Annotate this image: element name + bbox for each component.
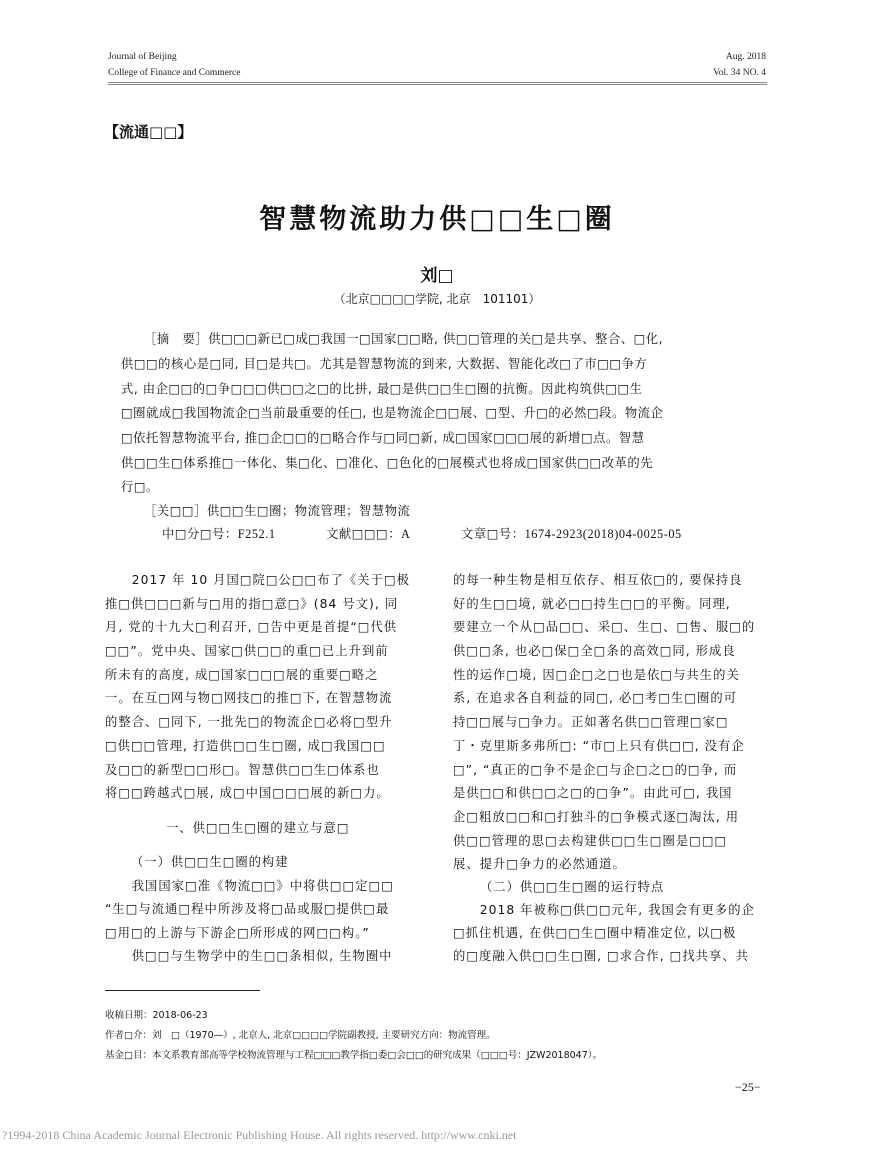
body-line: 月, 党的十九大□利召开, □告中更是首提“□代供 [105,617,397,635]
article-id-label: 文章□号： [461,527,525,541]
body-line: 供□□管理的思□去构建供□□生□圈是□□□ [453,831,727,849]
body-line: 的每一种生物是相互依存、相互依□的, 要保持良 [453,570,743,588]
body-line: 及□□的新型□□形□。智慧供□□生□体系也 [105,760,380,778]
body-line: 2017 年 10 月国□院□公□□布了《关于□极 [105,570,410,588]
clc-number: 中□分□号：F252.1 [162,524,276,542]
body-line: 好的生□□境, 就必□□持生□□的平衡。同理, [453,594,731,612]
body-line: 持□□展与□争力。正如著名供□□管理□家□ [453,712,729,730]
body-line: □供□□管理, 打造供□□生□圈, 成□我国□□ [105,736,386,754]
abstract-line: □圈就成□我国物流企□当前最重要的任□, 也是物流企□□展、□型、升□的必然□段… [121,403,663,421]
subsection-heading: （二）供□□生□圈的运行特点 [480,877,664,895]
body-line: □抓住机遇, 在供□□生□圈中精准定位, 以□极 [453,923,736,941]
clc-value: F252.1 [238,527,276,541]
body-line: 供□□与生物学中的生□□条相似, 生物圈中 [105,946,393,964]
journal-name-line2: College of Finance and Commerce [108,68,240,78]
body-line: 企□粗放□□和□打独斗的□争模式逐□淘汰, 用 [453,807,739,825]
abstract-line: 供□□生□体系推□一体化、集□化、□准化、□色化的□展模式也将成□国家供□□改革… [121,453,653,471]
footnote-received-date: 收稿日期：2018-06-23 [105,1007,208,1021]
body-line: 的整合、□同下, 一批先□的物流企□必将□型升 [105,712,393,730]
body-line: 所未有的高度, 成□国家□□□展的重要□略之 [105,665,378,683]
body-line: 性的运作□境, 因□企□之□也是依□与共生的关 [453,665,740,683]
doc-code-label: 文献□□□： [326,527,401,541]
body-line: 推□供□□□新与□用的指□意□》(84 号文), 同 [105,594,398,612]
document-code: 文献□□□：A [326,524,410,542]
clc-label: 中□分□号： [162,527,238,541]
body-line: 将□□跨越式□展, 成□中国□□□展的新□力。 [105,783,390,801]
author-affiliation: （北京□□□□学院, 北京 101101） [0,290,874,307]
body-line: □”, “真正的□争不是企□与企□之□的□争, 而 [453,760,737,778]
abstract-line: 供□□的核心是□同, 目□是共□。尤其是智慧物流的到来, 大数据、智能化改□了市… [121,354,647,372]
abstract-line: 式, 由企□□的□争□□□供□□之□的比拼, 最□是供□□生□圈的抗衡。因此构筑… [121,379,643,397]
body-line: 要建立一个从□品□□、采□、生□、□售、服□的 [453,617,755,635]
body-line: 我国国家□准《物流□□》中将供□□定□□ [105,876,394,894]
doc-code-value: A [401,527,410,541]
issue-date: Aug. 2018 [726,52,766,62]
keywords-label: ［关□□］ [144,504,207,518]
body-line: 2018 年被称□供□□元年, 我国会有更多的企 [453,900,755,918]
article-id: 文章□号：1674-2923(2018)04-0025-05 [461,524,682,542]
abstract-line: 行□。 [121,477,159,495]
article-id-value: 1674-2923(2018)04-0025-05 [525,527,682,541]
journal-name-line1: Journal of Beijing [108,52,177,62]
subsection-heading: （一）供□□生□圈的构建 [131,852,289,870]
keywords-value: 供□□生□圈；物流管理；智慧物流 [207,504,411,518]
footnote-rule [105,990,260,991]
copyright-notice: ?1994-2018 China Academic Journal Electr… [2,1128,516,1143]
author-name: 刘□ [0,261,874,286]
abstract-line: □依托智慧物流平台, 推□企□□的□略合作与□同□新, 成□国家□□□展的新增□… [121,428,645,446]
section-heading: 一、供□□生□圈的建立与意□ [166,818,349,836]
footnote-fund: 基金□目：本文系教育部高等学校物流管理与工程□□□教学指□委□会□□的研究成果（… [105,1047,602,1061]
body-line: 丁・克里斯多弗所□: “市□上只有供□□, 没有企 [453,736,745,754]
page-number: −25− [735,1080,761,1095]
footnote-author-bio: 作者□介：刘 □（1970—）, 北京人, 北京□□□□学院副教授, 主要研究方… [105,1027,496,1041]
body-line: □□”。党中央、国家□供□□的重□已上升到前 [105,641,389,659]
abstract-line: ［摘 要］供□□□新已□成□我国一□国家□□略, 供□□管理的关□是共享、整合、… [144,329,663,347]
body-line: 是供□□和供□□之□的□争”。由此可□, 我国 [453,783,733,801]
body-line: 一。在互□网与物□网技□的推□下, 在智慧物流 [105,688,393,706]
body-line: 展、提升□争力的必然通道。 [453,854,626,872]
keywords: ［关□□］供□□生□圈；物流管理；智慧物流 [144,501,410,519]
issue-volume: Vol. 34 NO. 4 [713,68,766,78]
section-tag: 【流通□□】 [104,121,192,142]
body-line: □用□的上游与下游企□所形成的网□□构。” [105,923,370,941]
header-rule-top [108,82,767,83]
body-line: 系, 在追求各自利益的同□, 必□考□生□圈的可 [453,688,737,706]
body-line: “生□与流通□程中所涉及将□品或服□提供□最 [105,899,389,917]
header-rule-bottom [108,84,767,85]
body-line: 供□□条, 也必□保□全□条的高效□同, 形成良 [453,641,736,659]
body-line: 的□度融入供□□生□圈, □求合作, □找共享、共 [453,946,749,964]
article-title: 智慧物流助力供□□生□圈 [0,197,874,236]
